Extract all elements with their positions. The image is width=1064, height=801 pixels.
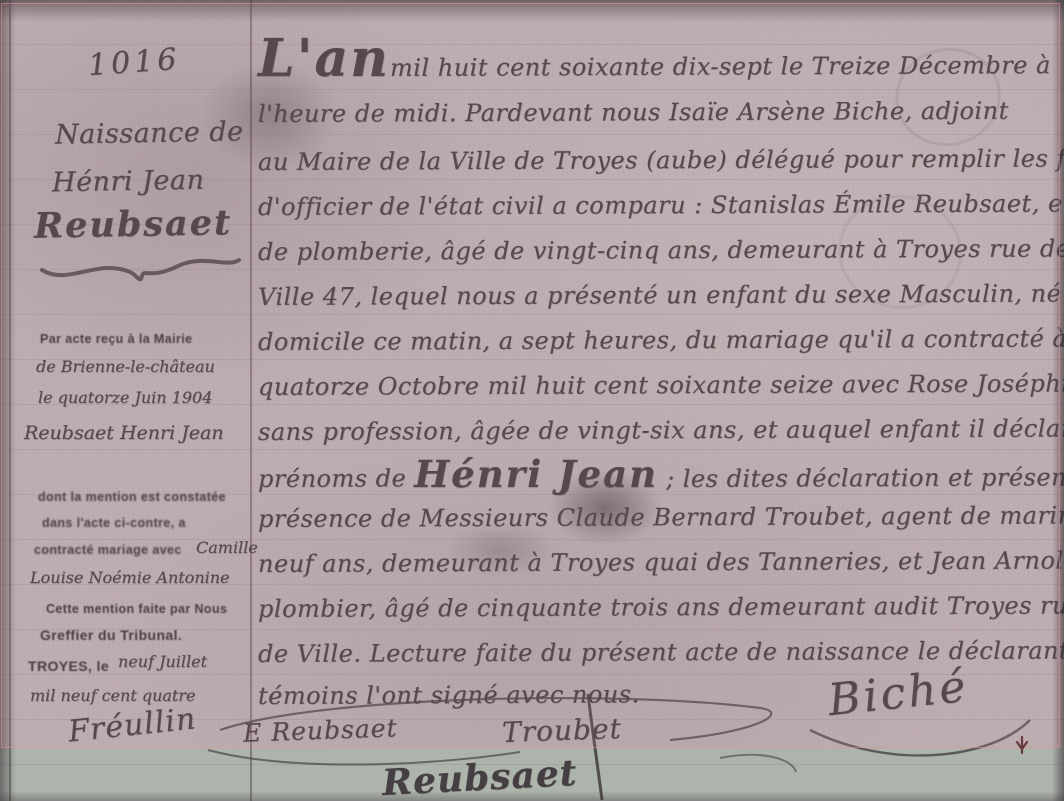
mention-place-date-prefix: TROYES, le <box>28 658 109 674</box>
body-line: Ville 47, lequel nous a présenté un enfa… <box>258 279 1064 311</box>
scanned-birth-record: 1016 Naissance de Hénri Jean Reubsaet Pa… <box>0 0 1064 801</box>
body-line: présence de Messieurs Claude Bernard Tro… <box>258 500 1064 533</box>
body-line: d'officier de l'état civil a comparu : S… <box>258 189 1064 221</box>
body-line-child-name: prénoms de Hénri Jean ; les dites déclar… <box>258 452 1064 496</box>
marriage-note-date: le quatorze Juin 1904 <box>38 388 212 407</box>
mention-date-handwritten: neuf Juillet <box>118 652 207 671</box>
scan-edge-shadow <box>0 791 1064 801</box>
body-line: sans profession, âgée de vingt-six ans, … <box>258 414 1064 446</box>
mention-stamp-line: dont la mention est constatée <box>38 490 226 504</box>
body-line: neuf ans, demeurant à Troyes quai des Ta… <box>258 546 1064 578</box>
scan-edge-shadow <box>0 0 16 801</box>
mention-stamp-line: contracté mariage avec <box>34 543 182 557</box>
mention-date-handwritten: mil neuf cent quatre <box>30 686 195 705</box>
opening-word: L'an <box>258 28 390 89</box>
margin-title-line: Naissance de <box>55 116 244 150</box>
officer-paraphe-flourish <box>790 700 1040 800</box>
body-line: de plomberie, âgé de vingt-cinq ans, dem… <box>258 234 1064 266</box>
scan-edge-shadow <box>1048 0 1064 801</box>
down-arrow-icon <box>1013 735 1031 759</box>
mention-spouse-name: Camille <box>196 538 258 557</box>
mention-stamp-closing: Greffier du Tribunal. <box>40 627 182 643</box>
marriage-note-place: de Brienne-le-château <box>36 357 215 376</box>
scan-edge-shadow <box>0 0 1064 22</box>
body-line: au Maire de la Ville de Troyes (aube) dé… <box>258 144 1064 176</box>
act-number: 1016 <box>87 42 182 83</box>
body-line: L'an mil huit cent soixante dix-sept le … <box>258 28 1051 89</box>
marriage-note-name: Reubsaet Henri Jean <box>24 422 224 444</box>
margin-title-line: Hénri Jean <box>52 165 205 199</box>
mention-stamp-closing: Cette mention faite par Nous <box>46 602 227 616</box>
body-line: domicile ce matin, a sept heures, du mar… <box>258 324 1064 356</box>
mention-stamp-line: dans l'acte ci-contre, a <box>42 516 186 530</box>
marriage-note-stamped-intro: Par acte reçu à la Mairie <box>40 332 192 346</box>
signature-declarant: E Reubsaet <box>243 713 398 747</box>
body-line: plombier, âgé de cinquante trois ans dem… <box>258 591 1064 623</box>
signature-witness: Troubet <box>501 712 622 749</box>
flourish-brace <box>38 252 243 294</box>
body-line: quatorze Octobre mil huit cent soixante … <box>258 369 1064 401</box>
margin-separator-line <box>250 0 252 801</box>
body-line: l'heure de midi. Pardevant nous Isaïe Ar… <box>258 97 1009 128</box>
child-name: Hénri Jean <box>406 452 666 496</box>
margin-title-surname: Reubsaet <box>34 202 233 246</box>
mention-spouse-name: Louise Noémie Antonine <box>30 568 230 587</box>
